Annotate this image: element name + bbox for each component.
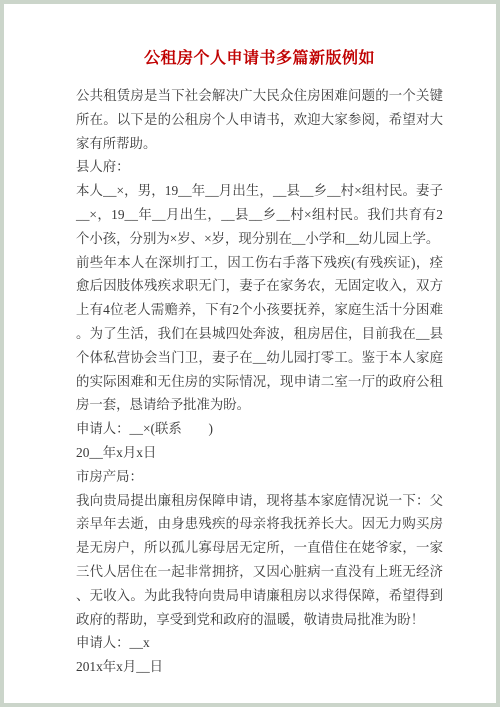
applicant-signature-line-1: 申请人：__×(联系 ) <box>76 417 443 441</box>
second-application-paragraph: 我向贵局提出廉租房保障申请，现将基本家庭情况说一下：父亲早年去逝，由身患残疾的母… <box>76 489 443 632</box>
hardship-request-paragraph: 前些年本人在深圳打工，因工伤右手落下残疾(有残疾证)，痊愈后因肢体残疾求职无门，… <box>76 251 443 418</box>
family-info-paragraph: 本人__×，男，19__年__月出生，__县__乡__村×组村民。妻子__×，1… <box>76 179 443 250</box>
document-title: 公租房个人申请书多篇新版例如 <box>76 46 443 72</box>
date-line-2: 201x年x月__日 <box>76 655 443 679</box>
document-page: { "page": { "background": "#ffffff", "bo… <box>0 0 500 707</box>
applicant-signature-line-2: 申请人：__x <box>76 631 443 655</box>
salutation-housing-bureau: 市房产局： <box>76 465 443 489</box>
intro-paragraph: 公共租赁房是当下社会解决广大民众住房困难问题的一个关键所在。以下是的公租房个人申… <box>76 84 443 155</box>
salutation-county-government: 县人府： <box>76 155 443 179</box>
date-line-1: 20__年x月x日 <box>76 441 443 465</box>
document-body: 公租房个人申请书多篇新版例如 公共租赁房是当下社会解决广大民众住房困难问题的一个… <box>4 4 496 679</box>
